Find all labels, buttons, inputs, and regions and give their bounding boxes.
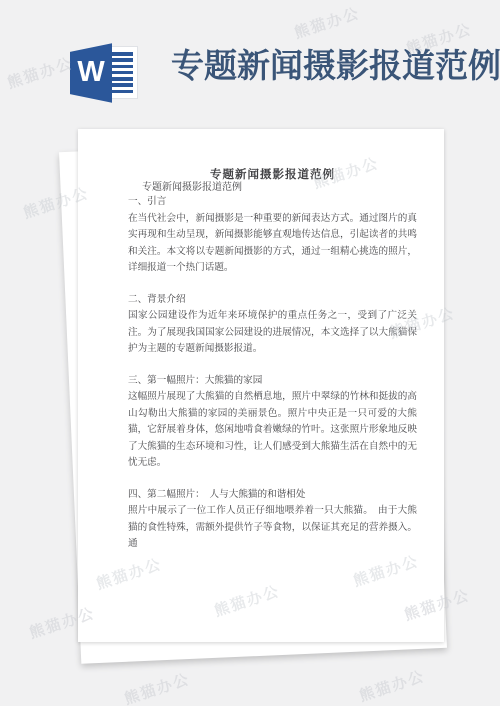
section-heading: 一、引言 xyxy=(128,194,417,211)
word-w-panel-icon: W xyxy=(70,42,112,104)
section-body: 在当代社会中，新闻摄影是一种重要的新闻表达方式。通过图片的真实再现和生动呈现，新… xyxy=(128,211,417,277)
page-title: 专题新闻摄影报道范例 xyxy=(171,47,500,87)
watermark: 熊猫办公 xyxy=(356,665,427,706)
section-body: 照片中展示了一位工作人员正仔细地喂养着一只大熊猫。 由于大熊猫的食性特殊，需额外… xyxy=(128,503,417,553)
section-heading: 二、背景介绍 xyxy=(128,292,417,309)
document-subtitle: 专题新闻摄影报道范例 xyxy=(128,182,417,194)
watermark: 熊猫办公 xyxy=(4,52,75,93)
section-photo-2: 四、第二幅照片： 人与大熊猫的和谐相处 照片中展示了一位工作人员正仔细地喂养着一… xyxy=(128,487,417,553)
watermark: 熊猫办公 xyxy=(291,2,362,43)
document-title: 专题新闻摄影报道范例 xyxy=(128,168,417,182)
section-introduction: 一、引言 在当代社会中，新闻摄影是一种重要的新闻表达方式。通过图片的真实再现和生… xyxy=(128,194,417,277)
section-background: 二、背景介绍 国家公园建设作为近年来环境保护的重点任务之一，受到了广泛关注。为了… xyxy=(128,292,417,358)
preview-canvas: 熊猫办公 熊猫办公 熊猫办公 熊猫办公 熊猫办公 熊猫办公 熊猫办公 熊猫办公 … xyxy=(0,0,500,706)
section-heading: 三、第一幅照片：大熊猫的家园 xyxy=(128,373,417,390)
document-page: 专题新闻摄影报道范例 专题新闻摄影报道范例 一、引言 在当代社会中，新闻摄影是一… xyxy=(78,129,444,642)
section-photo-1: 三、第一幅照片：大熊猫的家园 这幅照片展现了大熊猫的自然栖息地，照片中翠绿的竹林… xyxy=(128,373,417,472)
section-body: 国家公园建设作为近年来环境保护的重点任务之一，受到了广泛关注。为了展现我国国家公… xyxy=(128,308,417,358)
section-body: 这幅照片展现了大熊猫的自然栖息地，照片中翠绿的竹林和挺拔的高山勾勒出大熊猫的家园… xyxy=(128,389,417,472)
word-icon: W xyxy=(70,42,140,104)
word-letter: W xyxy=(77,58,104,87)
section-heading: 四、第二幅照片： 人与大熊猫的和谐相处 xyxy=(128,487,417,504)
document-content: 专题新闻摄影报道范例 专题新闻摄影报道范例 一、引言 在当代社会中，新闻摄影是一… xyxy=(128,168,417,553)
watermark: 熊猫办公 xyxy=(121,668,192,706)
